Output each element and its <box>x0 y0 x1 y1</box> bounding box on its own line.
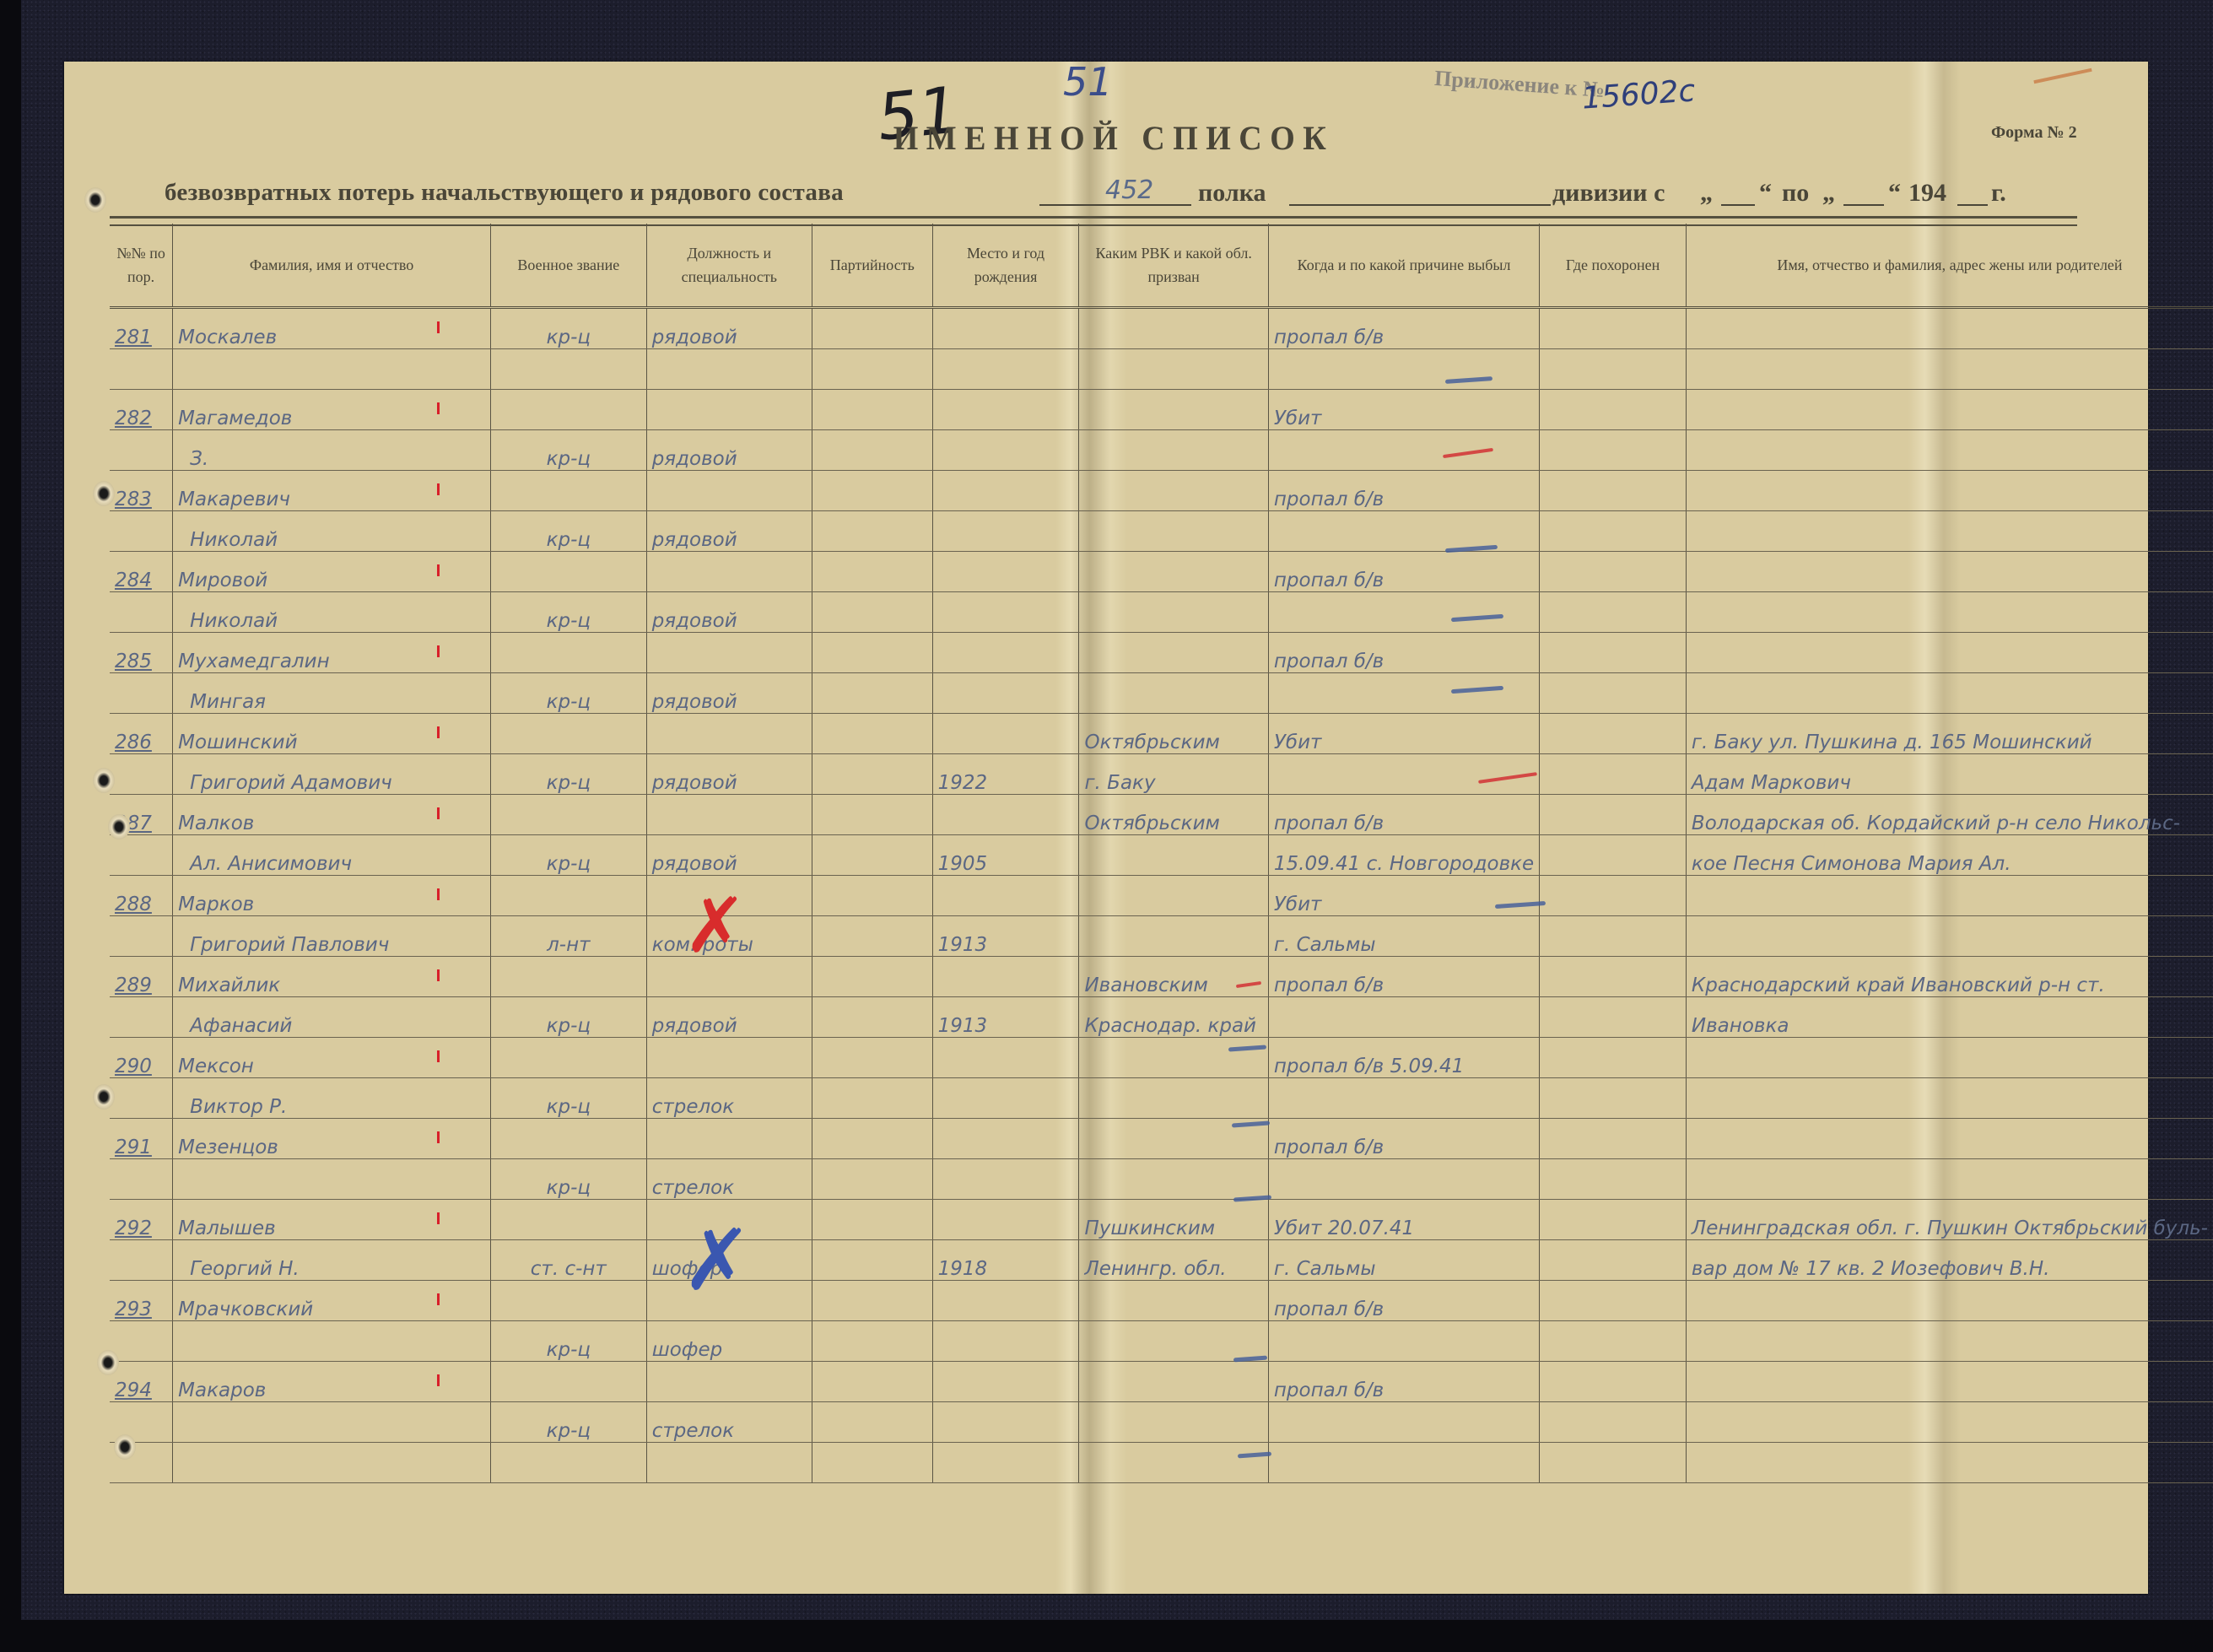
cell-buried <box>1540 835 1687 876</box>
cell-birth: 1913 <box>932 916 1079 957</box>
cell-when <box>1268 430 1539 471</box>
table-row: Григорий Адамовичкр-црядовой1922г. БакуА… <box>110 754 2213 795</box>
cell-party <box>812 308 932 349</box>
cell-rank <box>490 795 646 835</box>
cell-address: Ивановка <box>1686 997 2213 1038</box>
cell-buried <box>1540 1159 1687 1200</box>
row-number <box>110 1159 173 1200</box>
cell-buried <box>1540 1119 1687 1159</box>
row-number <box>110 1321 173 1362</box>
row-number: 281 <box>110 308 173 349</box>
col-header-position: Должность и специальность <box>646 224 812 308</box>
page-title: ИМЕННОЙ СПИСОК <box>893 118 1335 158</box>
cell-party <box>812 1240 932 1281</box>
cell-name: Магамедов <box>173 390 491 430</box>
table-row: 292МалышевПушкинскимУбит 20.07.41Ленингр… <box>110 1200 2213 1240</box>
cell-address: Адам Маркович <box>1686 754 2213 795</box>
cell-when: 15.09.41 с. Новгородовке <box>1268 835 1539 876</box>
cell-when <box>1268 1402 1539 1443</box>
cell-rank <box>490 1362 646 1402</box>
cell-position <box>646 1362 812 1402</box>
cell-buried <box>1540 552 1687 592</box>
cell-address <box>1686 916 2213 957</box>
cell-when: пропал б/в <box>1268 1119 1539 1159</box>
cell-buried <box>1540 349 1687 390</box>
empty-cell <box>490 1443 646 1483</box>
table-row: 282МагамедовУбит <box>110 390 2213 430</box>
cell-rank: кр-ц <box>490 511 646 552</box>
cell-rvk <box>1079 390 1268 430</box>
cell-birth <box>932 714 1079 754</box>
cell-rank <box>490 552 646 592</box>
cell-buried <box>1540 633 1687 673</box>
cell-birth <box>932 592 1079 633</box>
row-number <box>110 916 173 957</box>
cell-name <box>173 1321 491 1362</box>
cell-address <box>1686 1321 2213 1362</box>
cell-rank <box>490 957 646 997</box>
punch-hole <box>93 768 115 793</box>
empty-cell <box>812 1443 932 1483</box>
cell-party <box>812 673 932 714</box>
cell-when: Убит <box>1268 876 1539 916</box>
cell-birth <box>932 957 1079 997</box>
cell-when <box>1268 349 1539 390</box>
cell-rvk <box>1079 552 1268 592</box>
cell-name: Виктор Р. <box>173 1078 491 1119</box>
red-tick-mark <box>437 564 440 576</box>
cell-when <box>1268 997 1539 1038</box>
cell-address: вар дом № 17 кв. 2 Иозефович В.Н. <box>1686 1240 2213 1281</box>
cell-name: Мезенцов <box>173 1119 491 1159</box>
cell-address <box>1686 308 2213 349</box>
cell-name: З. <box>173 430 491 471</box>
punch-hole <box>84 187 106 213</box>
cell-party <box>812 957 932 997</box>
cell-rank <box>490 1281 646 1321</box>
cell-birth: 1922 <box>932 754 1079 795</box>
cell-position <box>646 795 812 835</box>
red-tick-mark <box>437 402 440 414</box>
cell-when: г. Сальмы <box>1268 1240 1539 1281</box>
cell-name: Малков <box>173 795 491 835</box>
cell-position: стрелок <box>646 1402 812 1443</box>
cell-birth <box>932 308 1079 349</box>
cell-buried <box>1540 1078 1687 1119</box>
archive-mark-blue: 51 <box>1063 59 1113 105</box>
cell-party <box>812 511 932 552</box>
cell-rvk <box>1079 349 1268 390</box>
table-row: 285Мухамедгалинпропал б/в <box>110 633 2213 673</box>
cell-address <box>1686 1119 2213 1159</box>
cell-position: рядовой <box>646 511 812 552</box>
quote-close-2: “ <box>1888 179 1901 208</box>
row-number: 293 <box>110 1281 173 1321</box>
row-number <box>110 1078 173 1119</box>
quote-close-1: “ <box>1759 179 1772 208</box>
subtitle-prefix: безвозвратных потерь начальствующего и р… <box>165 179 844 207</box>
punch-hole <box>93 481 115 506</box>
cell-party <box>812 471 932 511</box>
row-number: 282 <box>110 390 173 430</box>
cell-party <box>812 552 932 592</box>
cell-when: пропал б/в <box>1268 795 1539 835</box>
cell-address <box>1686 1159 2213 1200</box>
cell-rvk <box>1079 1078 1268 1119</box>
table-row: 284Мировойпропал б/в <box>110 552 2213 592</box>
year-prefix: 194 <box>1908 179 1946 208</box>
cell-party <box>812 714 932 754</box>
cell-birth <box>932 1321 1079 1362</box>
cell-address: Краснодарский край Ивановский р-н ст. <box>1686 957 2213 997</box>
table-row: Виктор Р.кр-цстрелок <box>110 1078 2213 1119</box>
cell-birth: 1918 <box>932 1240 1079 1281</box>
red-tick-mark <box>437 1212 440 1224</box>
cell-party <box>812 1200 932 1240</box>
cell-buried <box>1540 471 1687 511</box>
cell-address: Ленинградская обл. г. Пушкин Октябрьский… <box>1686 1200 2213 1240</box>
cell-birth <box>932 795 1079 835</box>
cell-when: пропал б/в <box>1268 308 1539 349</box>
cell-rvk <box>1079 1159 1268 1200</box>
cell-buried <box>1540 1402 1687 1443</box>
col-header-birth: Место и год рождения <box>932 224 1079 308</box>
cell-party <box>812 1402 932 1443</box>
cell-rank: кр-ц <box>490 673 646 714</box>
cell-buried <box>1540 957 1687 997</box>
cell-rank: кр-ц <box>490 592 646 633</box>
cell-buried <box>1540 1240 1687 1281</box>
cell-rank <box>490 633 646 673</box>
table-row: Георгий Н.ст. с-нтшофер1918Ленингр. обл.… <box>110 1240 2213 1281</box>
cell-name: Мрачковский <box>173 1281 491 1321</box>
cell-rvk <box>1079 1038 1268 1078</box>
row-number: 290 <box>110 1038 173 1078</box>
row-number <box>110 592 173 633</box>
cell-rvk: Октябрьским <box>1079 714 1268 754</box>
quote-open-2: „ <box>1822 179 1835 208</box>
cell-when <box>1268 511 1539 552</box>
row-number: 294 <box>110 1362 173 1402</box>
row-number: 289 <box>110 957 173 997</box>
cell-rank: кр-ц <box>490 1321 646 1362</box>
cell-buried <box>1540 876 1687 916</box>
empty-cell <box>173 1443 491 1483</box>
row-number <box>110 754 173 795</box>
cell-rvk <box>1079 308 1268 349</box>
cell-birth <box>932 633 1079 673</box>
cell-name: Григорий Павлович <box>173 916 491 957</box>
cell-buried <box>1540 714 1687 754</box>
cell-buried <box>1540 916 1687 957</box>
losses-table: №№ по пор. Фамилия, имя и отчество Военн… <box>110 224 2213 1483</box>
red-tick-mark <box>437 1131 440 1143</box>
cell-rvk <box>1079 673 1268 714</box>
cell-position <box>646 471 812 511</box>
cell-when: Убит <box>1268 390 1539 430</box>
cell-birth <box>932 471 1079 511</box>
cell-party <box>812 1078 932 1119</box>
row-number: 292 <box>110 1200 173 1240</box>
table-row: 289МихайликИвановскимпропал б/вКраснодар… <box>110 957 2213 997</box>
cell-rank: кр-ц <box>490 1402 646 1443</box>
cell-rvk <box>1079 1281 1268 1321</box>
cell-birth <box>932 552 1079 592</box>
cell-buried <box>1540 1200 1687 1240</box>
cell-birth <box>932 1402 1079 1443</box>
date-from-blank <box>1721 204 1755 206</box>
cell-when <box>1268 754 1539 795</box>
cell-name <box>173 1402 491 1443</box>
red-tick-mark <box>437 969 440 981</box>
cell-rank: ст. с-нт <box>490 1240 646 1281</box>
cell-party <box>812 430 932 471</box>
cell-name: Марков <box>173 876 491 916</box>
red-cross-mark: ✗ <box>683 882 747 970</box>
cell-address <box>1686 511 2213 552</box>
cell-position: рядовой <box>646 592 812 633</box>
empty-cell <box>932 1443 1079 1483</box>
cell-buried <box>1540 390 1687 430</box>
row-number: 286 <box>110 714 173 754</box>
cell-position: рядовой <box>646 430 812 471</box>
table-row: Николайкр-црядовой <box>110 592 2213 633</box>
cell-birth <box>932 430 1079 471</box>
empty-cell <box>1079 1443 1268 1483</box>
cell-rvk: Октябрьским <box>1079 795 1268 835</box>
cell-party <box>812 1281 932 1321</box>
cell-name: Макаров <box>173 1362 491 1402</box>
cell-position: рядовой <box>646 308 812 349</box>
punch-hole <box>108 814 130 839</box>
cell-birth <box>932 1362 1079 1402</box>
cell-rvk <box>1079 511 1268 552</box>
empty-cell <box>1268 1443 1539 1483</box>
cell-rvk: Пушкинским <box>1079 1200 1268 1240</box>
col-header-address: Имя, отчество и фамилия, адрес жены или … <box>1686 224 2213 308</box>
cell-buried <box>1540 1321 1687 1362</box>
cell-birth <box>932 349 1079 390</box>
cell-when: Убит <box>1268 714 1539 754</box>
cell-birth <box>932 1281 1079 1321</box>
cell-address <box>1686 592 2213 633</box>
cell-position: рядовой <box>646 997 812 1038</box>
cell-birth <box>932 1038 1079 1078</box>
cell-name: Григорий Адамович <box>173 754 491 795</box>
empty-cell <box>1540 1443 1687 1483</box>
year-suffix: г. <box>1991 179 2006 208</box>
cell-birth: 1913 <box>932 997 1079 1038</box>
cell-address <box>1686 1281 2213 1321</box>
cell-when: пропал б/в <box>1268 1362 1539 1402</box>
empty-cell <box>1686 1443 2213 1483</box>
row-number <box>110 430 173 471</box>
cell-party <box>812 349 932 390</box>
cell-name: Николай <box>173 592 491 633</box>
table-row: кр-цшофер <box>110 1321 2213 1362</box>
table-row: 288МарковУбит <box>110 876 2213 916</box>
cell-name: Мировой <box>173 552 491 592</box>
table-row <box>110 349 2213 390</box>
cell-birth <box>932 1119 1079 1159</box>
cell-party <box>812 876 932 916</box>
cell-party <box>812 390 932 430</box>
date-to-blank <box>1843 204 1884 206</box>
cell-name: Мингая <box>173 673 491 714</box>
cell-rank: кр-ц <box>490 1078 646 1119</box>
cell-party <box>812 1038 932 1078</box>
cell-party <box>812 754 932 795</box>
col-header-party: Партийность <box>812 224 932 308</box>
cell-party <box>812 835 932 876</box>
table-row: Мингаякр-црядовой <box>110 673 2213 714</box>
cell-rvk <box>1079 1362 1268 1402</box>
cell-position: рядовой <box>646 835 812 876</box>
row-number <box>110 511 173 552</box>
cell-rank: кр-ц <box>490 835 646 876</box>
cell-name: Николай <box>173 511 491 552</box>
cell-address: Володарская об. Кордайский р-н село Нико… <box>1686 795 2213 835</box>
division-label: дивизии с <box>1552 179 1665 208</box>
cell-address: г. Баку ул. Пушкина д. 165 Мошинский <box>1686 714 2213 754</box>
cell-name <box>173 349 491 390</box>
cell-party <box>812 1119 932 1159</box>
table-row: 287МалковОктябрьскимпропал б/вВолодарска… <box>110 795 2213 835</box>
cell-rank <box>490 714 646 754</box>
cell-rank <box>490 471 646 511</box>
cell-rvk: Ивановским <box>1079 957 1268 997</box>
cell-when <box>1268 1159 1539 1200</box>
cell-buried <box>1540 795 1687 835</box>
cell-rank <box>490 390 646 430</box>
cell-party <box>812 1321 932 1362</box>
cell-buried <box>1540 1038 1687 1078</box>
cell-name: Мексон <box>173 1038 491 1078</box>
cell-rvk <box>1079 1402 1268 1443</box>
row-number <box>110 835 173 876</box>
cell-when <box>1268 673 1539 714</box>
cell-address <box>1686 471 2213 511</box>
col-header-rank: Военное звание <box>490 224 646 308</box>
cell-rank: кр-ц <box>490 754 646 795</box>
cell-when: пропал б/в <box>1268 957 1539 997</box>
cell-buried <box>1540 511 1687 552</box>
cell-name: Малышев <box>173 1200 491 1240</box>
cell-rank <box>490 876 646 916</box>
cell-position: рядовой <box>646 754 812 795</box>
cell-name <box>173 1159 491 1200</box>
cell-rvk <box>1079 471 1268 511</box>
cell-party <box>812 633 932 673</box>
cell-name: Мошинский <box>173 714 491 754</box>
table-row: 281Москалевкр-црядовойпропал б/в <box>110 308 2213 349</box>
cell-address <box>1686 1402 2213 1443</box>
cell-name: Афанасий <box>173 997 491 1038</box>
cell-position: рядовой <box>646 673 812 714</box>
cell-rvk <box>1079 430 1268 471</box>
cell-buried <box>1540 1362 1687 1402</box>
cell-address <box>1686 1362 2213 1402</box>
table-row: кр-цстрелок <box>110 1402 2213 1443</box>
cell-name: Мухамедгалин <box>173 633 491 673</box>
cell-address <box>1686 552 2213 592</box>
cell-position: стрелок <box>646 1078 812 1119</box>
cell-birth <box>932 673 1079 714</box>
cell-position <box>646 552 812 592</box>
cell-position <box>646 390 812 430</box>
table-header-row: №№ по пор. Фамилия, имя и отчество Военн… <box>110 224 2213 308</box>
table-body: 281Москалевкр-црядовойпропал б/в282Магам… <box>110 308 2213 1483</box>
form-label: Форма № 2 <box>1991 123 2077 143</box>
table-row: 286МошинскийОктябрьскимУбитг. Баку ул. П… <box>110 714 2213 754</box>
cell-name: Георгий Н. <box>173 1240 491 1281</box>
row-number <box>110 349 173 390</box>
cell-position <box>646 714 812 754</box>
row-number <box>110 673 173 714</box>
cell-rvk <box>1079 1321 1268 1362</box>
cell-name: Макаревич <box>173 471 491 511</box>
cell-name: Ал. Анисимович <box>173 835 491 876</box>
cell-position <box>646 633 812 673</box>
table-row: 291Мезенцовпропал б/в <box>110 1119 2213 1159</box>
table-row: Николайкр-црядовой <box>110 511 2213 552</box>
red-tick-mark <box>437 1293 440 1305</box>
cell-rvk <box>1079 916 1268 957</box>
col-header-buried: Где похоронен <box>1540 224 1687 308</box>
red-tick-mark <box>437 888 440 900</box>
cell-when: пропал б/в <box>1268 1281 1539 1321</box>
cell-birth <box>932 1200 1079 1240</box>
cell-rvk <box>1079 592 1268 633</box>
cell-rvk <box>1079 876 1268 916</box>
cell-address <box>1686 430 2213 471</box>
cell-address <box>1686 633 2213 673</box>
red-tick-mark <box>437 726 440 738</box>
cell-rank <box>490 1038 646 1078</box>
cell-rank: кр-ц <box>490 1159 646 1200</box>
row-number: 283 <box>110 471 173 511</box>
table-row: Григорий Павловичл-нтком. роты1913г. Сал… <box>110 916 2213 957</box>
cell-birth <box>932 390 1079 430</box>
cell-buried <box>1540 673 1687 714</box>
cell-position <box>646 349 812 390</box>
red-tick-mark <box>437 1050 440 1062</box>
table-row: Ал. Анисимовичкр-црядовой190515.09.41 с.… <box>110 835 2213 876</box>
table-row: 294Макаровпропал б/в <box>110 1362 2213 1402</box>
quote-open-1: „ <box>1700 179 1713 208</box>
punch-hole <box>93 1084 115 1109</box>
cell-name: Москалев <box>173 308 491 349</box>
cell-rvk: Краснодар. край <box>1079 997 1268 1038</box>
cell-rank: кр-ц <box>490 308 646 349</box>
table-row: 293Мрачковскийпропал б/в <box>110 1281 2213 1321</box>
regiment-value: 452 <box>1105 175 1153 205</box>
cell-party <box>812 1159 932 1200</box>
cell-address <box>1686 349 2213 390</box>
cell-rvk <box>1079 633 1268 673</box>
regiment-label: полка <box>1198 179 1266 208</box>
red-tick-mark <box>437 1374 440 1386</box>
cell-party <box>812 1362 932 1402</box>
cell-when <box>1268 1321 1539 1362</box>
cell-address <box>1686 876 2213 916</box>
cell-birth: 1905 <box>932 835 1079 876</box>
table-row: кр-цстрелок <box>110 1159 2213 1200</box>
cell-position: стрелок <box>646 1159 812 1200</box>
year-blank <box>1957 204 1988 206</box>
row-number: 291 <box>110 1119 173 1159</box>
cell-rank <box>490 1200 646 1240</box>
